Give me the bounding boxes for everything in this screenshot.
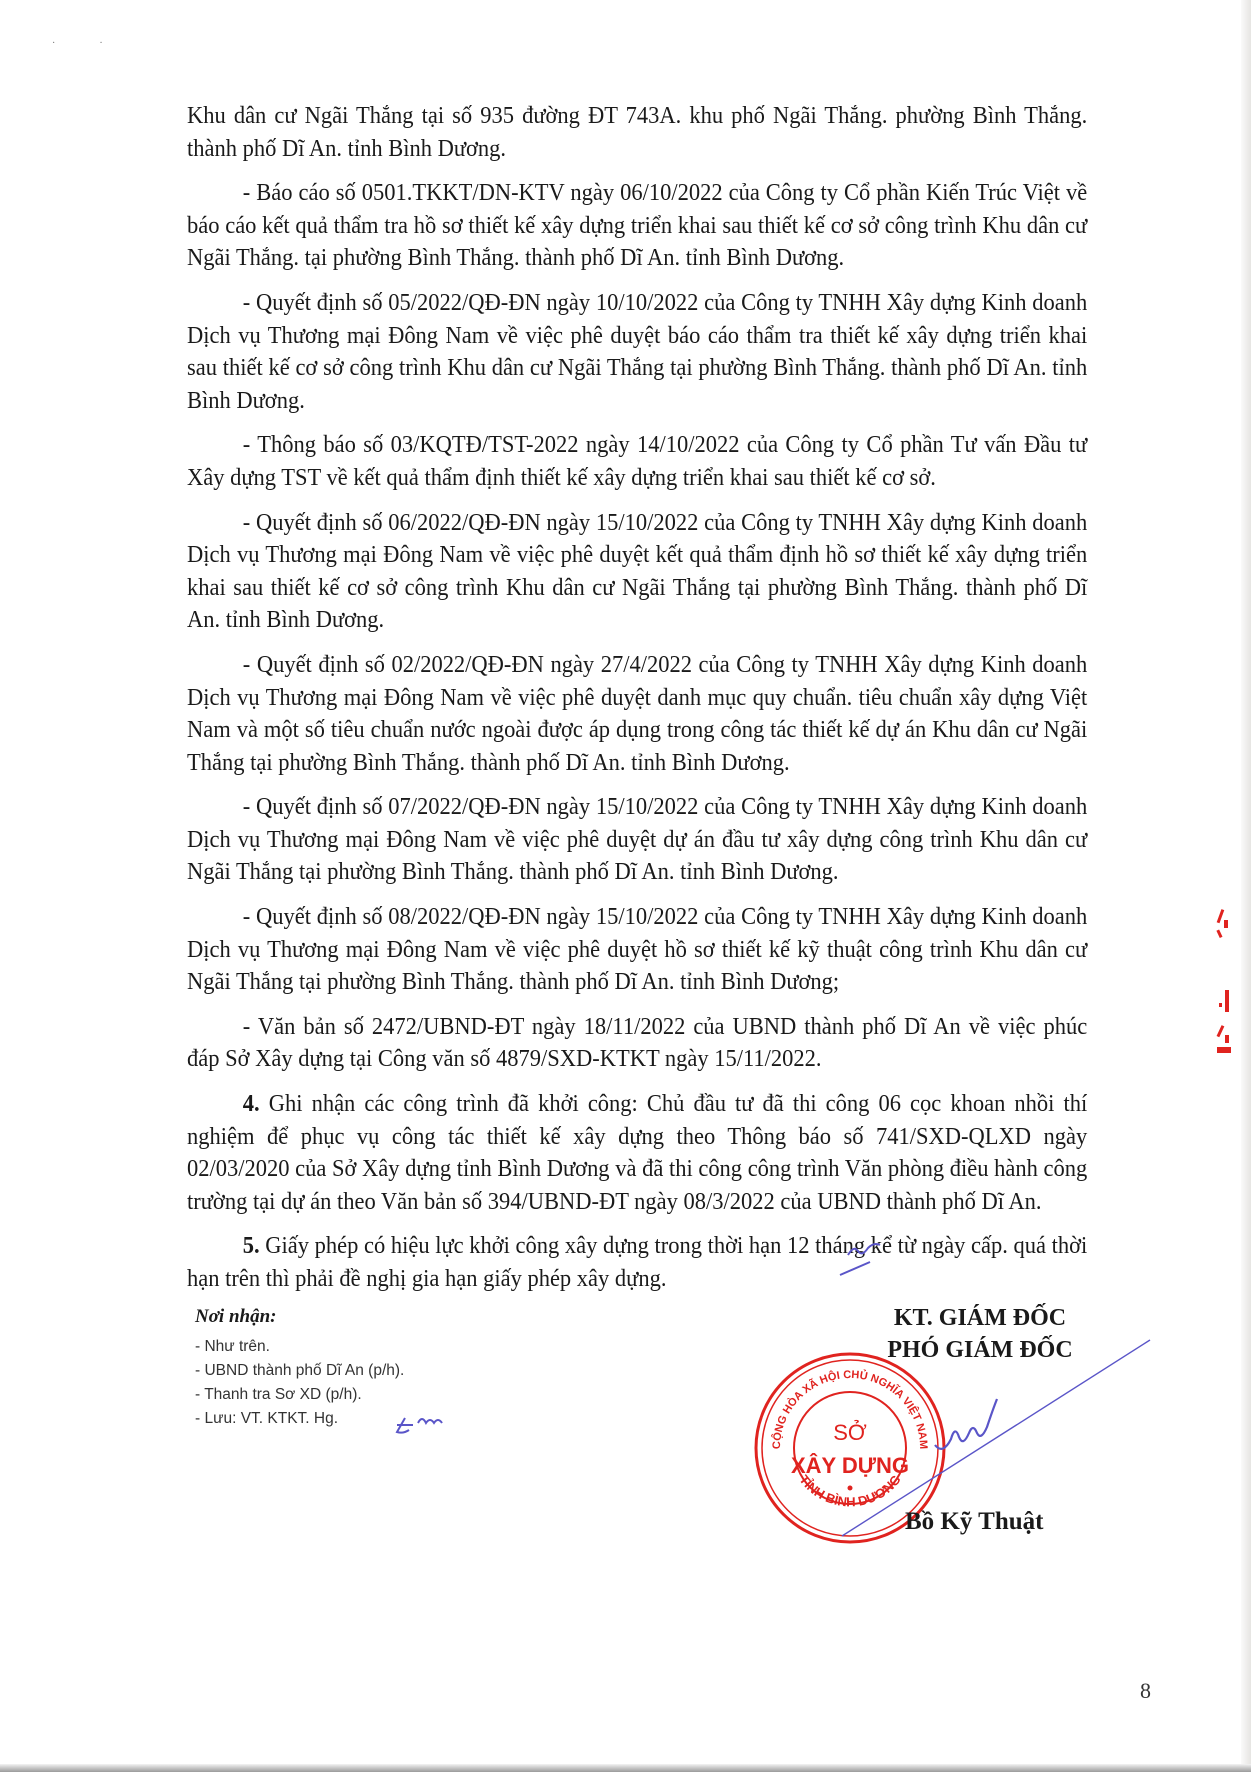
list-item: - Quyết định số 05/2022/QĐ-ĐN ngày 10/10… <box>187 287 1087 417</box>
svg-text:SỞ: SỞ <box>833 1420 867 1445</box>
scan-specks: ·· <box>52 38 147 49</box>
recipient-item: - Thanh tra Sơ XD (p/h). <box>195 1383 404 1407</box>
page-number: 8 <box>1140 1678 1151 1704</box>
section-5: 5. Giấy phép có hiệu lực khởi công xây d… <box>187 1230 1087 1295</box>
scan-edge <box>1241 0 1251 1772</box>
scan-bottom-edge <box>0 1764 1251 1772</box>
section-number: 4. <box>243 1090 260 1117</box>
binding-seal-mark-icon <box>1215 905 1237 1105</box>
signer-name: Bồ Kỹ Thuật <box>905 1508 1043 1536</box>
signature-line-1: KT. GIÁM ĐỐC <box>820 1302 1140 1334</box>
section-4: 4. Ghi nhận các công trình đã khởi công:… <box>187 1088 1087 1218</box>
recipient-item: - Như trên. <box>195 1335 404 1359</box>
list-item: - Quyết định số 06/2022/QĐ-ĐN ngày 15/10… <box>187 507 1087 637</box>
list-item: - Quyết định số 07/2022/QĐ-ĐN ngày 15/10… <box>187 791 1087 889</box>
document-body: Khu dân cư Ngãi Thắng tại số 935 đường Đ… <box>187 100 1087 1308</box>
section-text: Ghi nhận các công trình đã khởi công: Ch… <box>187 1090 1087 1215</box>
recipients-title: Nơi nhận: <box>195 1305 404 1329</box>
recipient-item: - UBND thành phố Dĩ An (p/h). <box>195 1359 404 1383</box>
section-text: Giấy phép có hiệu lực khởi công xây dựng… <box>187 1232 1087 1292</box>
recipients-block: Nơi nhận: - Như trên. - UBND thành phố D… <box>195 1305 404 1431</box>
svg-text:XÂY DỰNG: XÂY DỰNG <box>791 1453 909 1478</box>
list-item: - Văn bản số 2472/UBND-ĐT ngày 18/11/202… <box>187 1011 1087 1076</box>
recipient-item: - Lưu: VT. KTKT. Hg. <box>195 1407 404 1431</box>
list-item: - Báo cáo số 0501.TKKT/DN-KTV ngày 06/10… <box>187 177 1087 275</box>
section-number: 5. <box>243 1232 260 1259</box>
list-item: - Thông báo số 03/KQTĐ/TST-2022 ngày 14/… <box>187 429 1087 494</box>
paragraph-continuation: Khu dân cư Ngãi Thắng tại số 935 đường Đ… <box>187 100 1087 165</box>
list-item: - Quyết định số 08/2022/QĐ-ĐN ngày 15/10… <box>187 901 1087 999</box>
list-item: - Quyết định số 02/2022/QĐ-ĐN ngày 27/4/… <box>187 649 1087 779</box>
